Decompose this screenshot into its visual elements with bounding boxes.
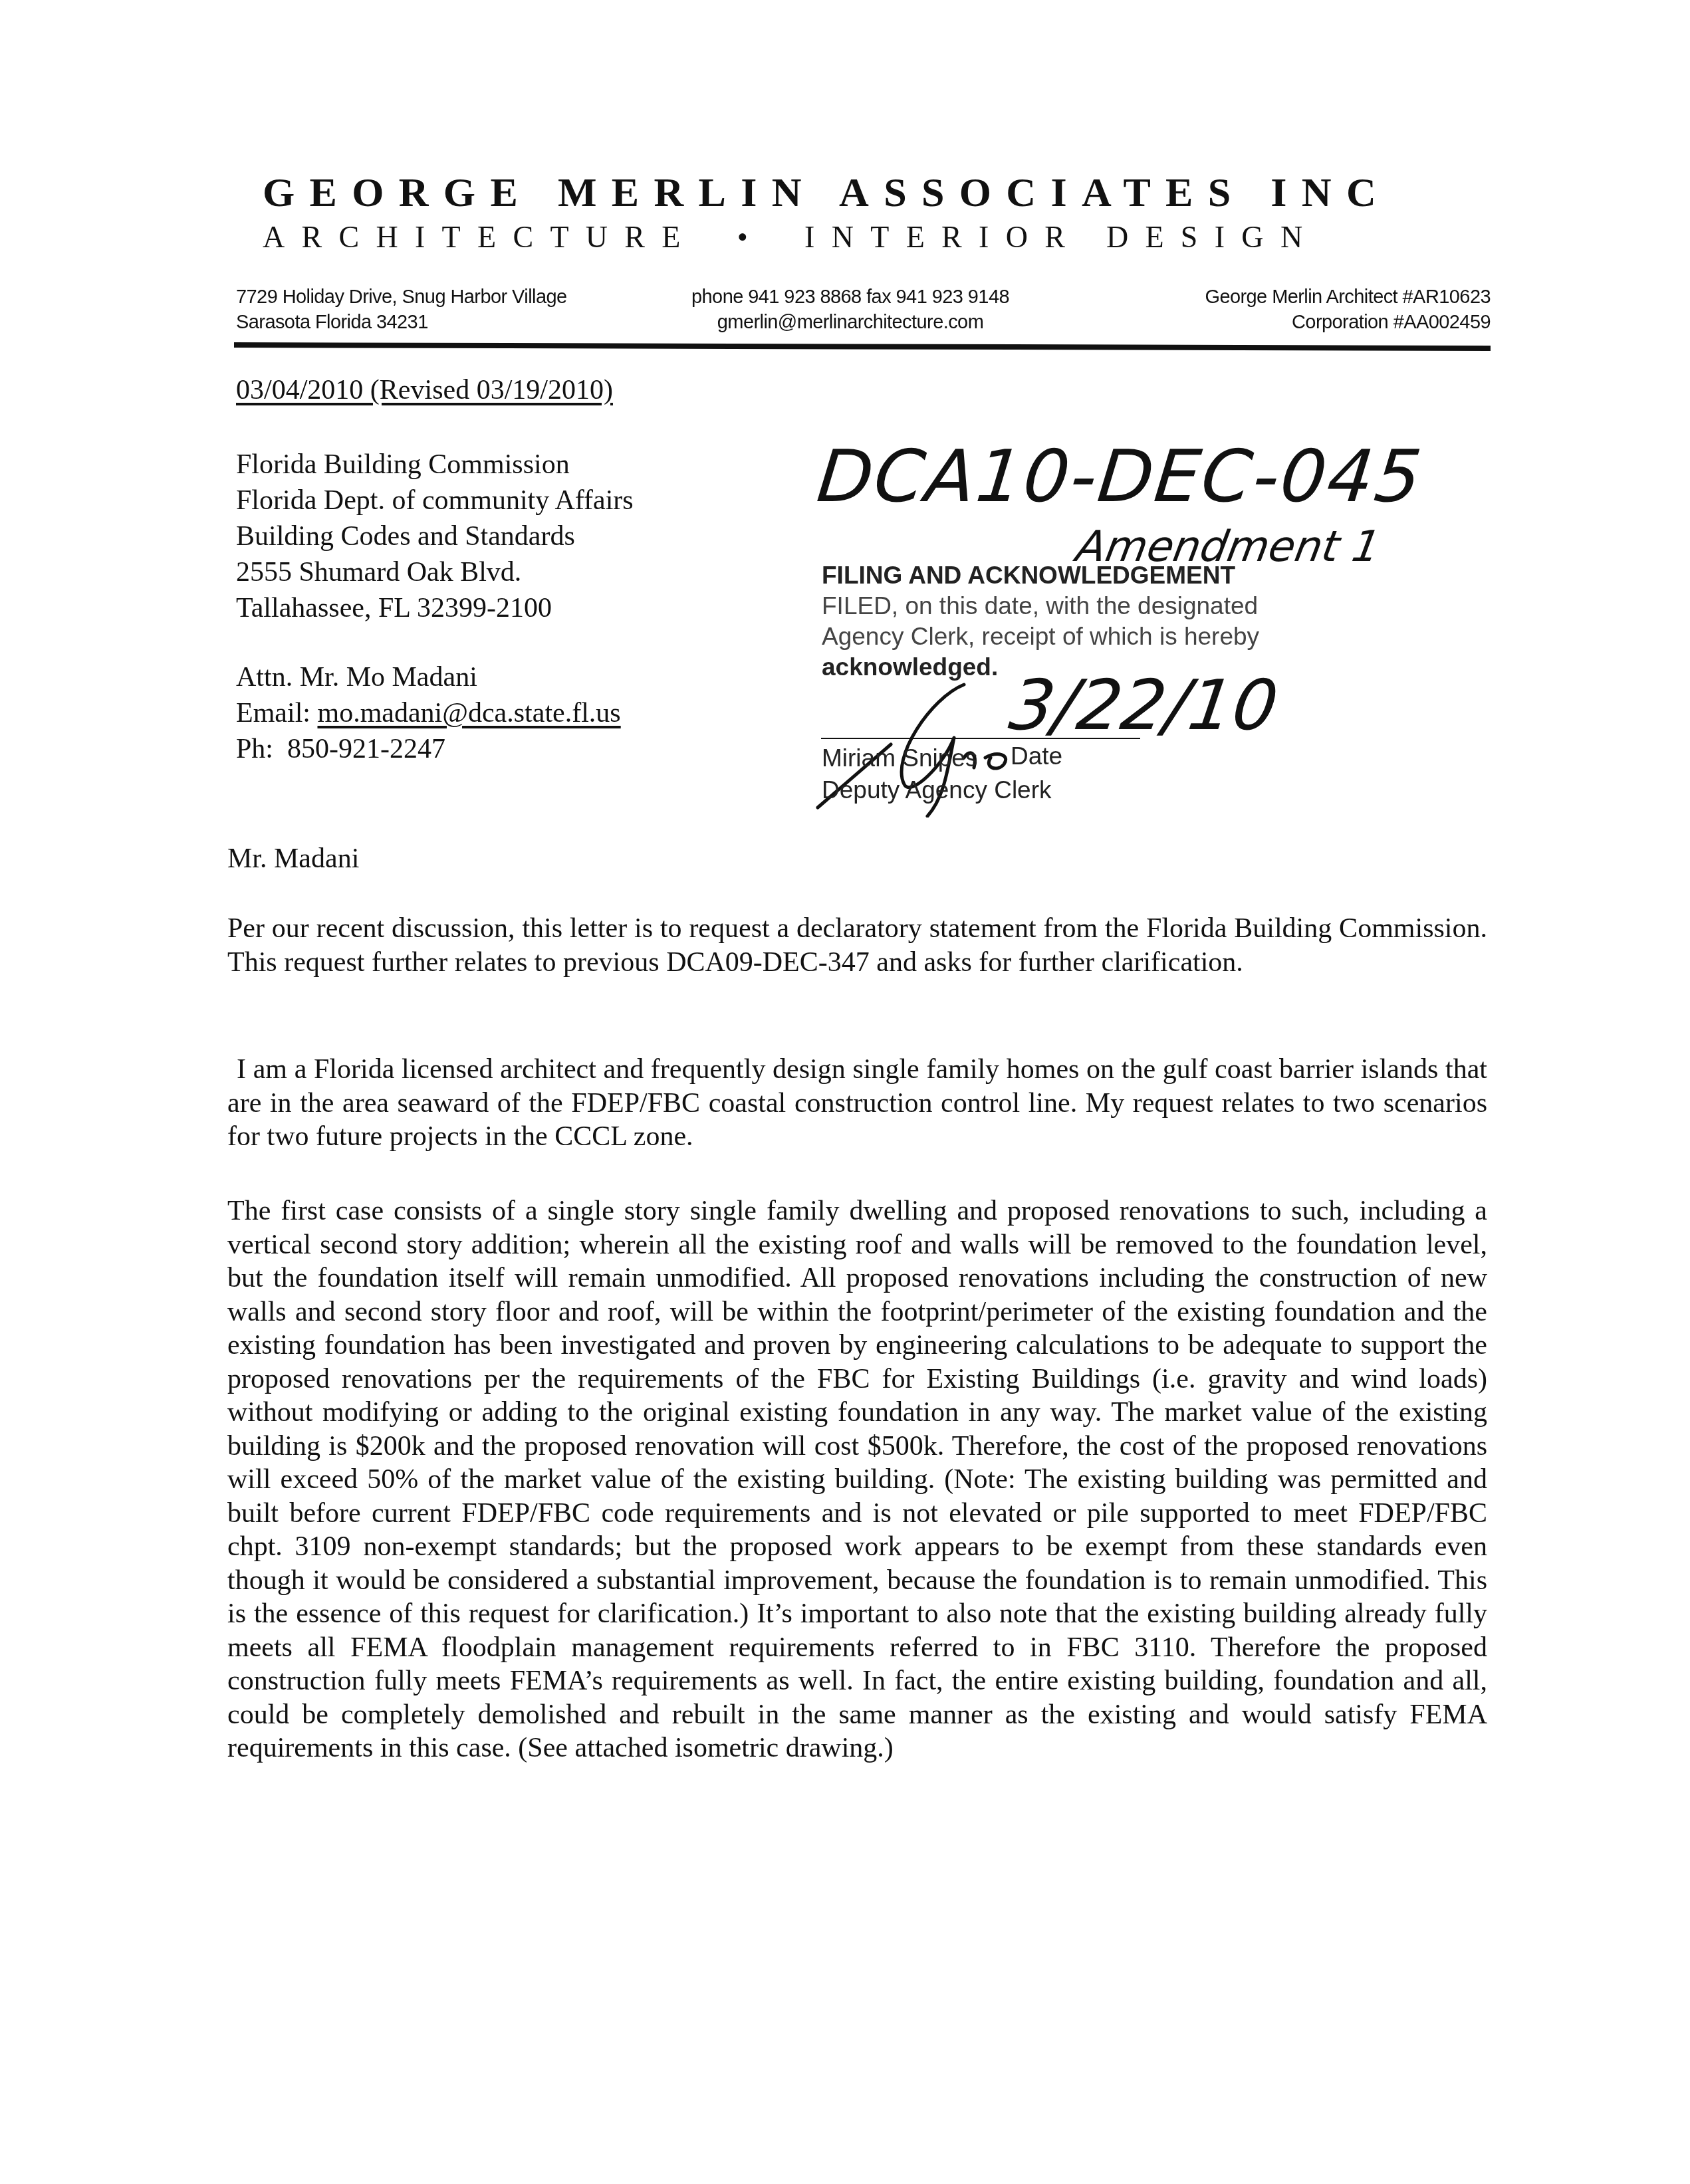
architect-license: George Merlin Architect #AR10623 [1205,284,1491,310]
email-label: Email: [236,698,317,728]
stamp-title: FILING AND ACKNOWLEDGEMENT [822,560,1259,591]
recipient-phone-row: Ph: 850-921-2247 [236,731,621,767]
corporation-number: Corporation #AA002459 [1205,310,1491,335]
recipient-phone: 850-921-2247 [287,734,445,764]
company-name: GEORGE MERLIN ASSOCIATES INC [263,169,1493,217]
recipient-line: Florida Building Commission [236,447,634,483]
company-address: 7729 Holiday Drive, Snug Harbor Village … [236,284,567,335]
body-paragraph: Per our recent discussion, this letter i… [227,912,1487,979]
handwritten-filing-date: 3/22/10 [1005,665,1282,746]
body-paragraph: The first case consists of a single stor… [227,1194,1487,1765]
recipient-line: 2555 Shumard Oak Blvd. [236,554,634,590]
body-paragraph: I am a Florida licensed architect and fr… [227,1053,1487,1154]
company-licenses: George Merlin Architect #AR10623 Corpora… [1205,284,1491,335]
letter-date: 03/04/2010 (Revised 03/19/2010) [236,374,613,406]
service-interior-design: INTERIOR DESIGN [804,220,1319,254]
recipient-address: Florida Building Commission Florida Dept… [236,447,634,626]
stamp-line: Agency Clerk, receipt of which is hereby [822,621,1259,652]
attention-block: Attn. Mr. Mo Madani Email: mo.madani@dca… [236,659,621,767]
attention-line: Attn. Mr. Mo Madani [236,659,621,695]
bullet-separator-icon: • [737,219,765,255]
company-contact: phone 941 923 8868 fax 941 923 9148 gmer… [691,284,1009,335]
recipient-line: Florida Dept. of community Affairs [236,483,634,518]
phone-label: Ph: [236,734,287,764]
letterhead-divider [234,342,1491,351]
company-services: ARCHITECTURE•INTERIOR DESIGN [263,219,1493,255]
date-label: Date [1011,742,1062,770]
stamp-line: FILED, on this date, with the designated [822,591,1259,621]
salutation: Mr. Madani [227,843,359,875]
address-line-1: 7729 Holiday Drive, Snug Harbor Village [236,284,567,310]
clerk-title: Deputy Agency Clerk [822,774,1052,806]
recipient-line: Tallahassee, FL 32399-2100 [236,590,634,626]
address-line-2: Sarasota Florida 34231 [236,310,567,335]
phone-fax: phone 941 923 8868 fax 941 923 9148 [691,284,1009,310]
recipient-email-row: Email: mo.madani@dca.state.fl.us [236,695,621,731]
handwritten-docket-number: DCA10-DEC-045 [813,435,1426,518]
service-architecture: ARCHITECTURE [263,220,697,254]
company-email[interactable]: gmerlin@merlinarchitecture.com [691,310,1009,335]
recipient-line: Building Codes and Standards [236,518,634,554]
signature-line [821,738,1140,739]
recipient-email-link[interactable]: mo.madani@dca.state.fl.us [317,698,620,728]
